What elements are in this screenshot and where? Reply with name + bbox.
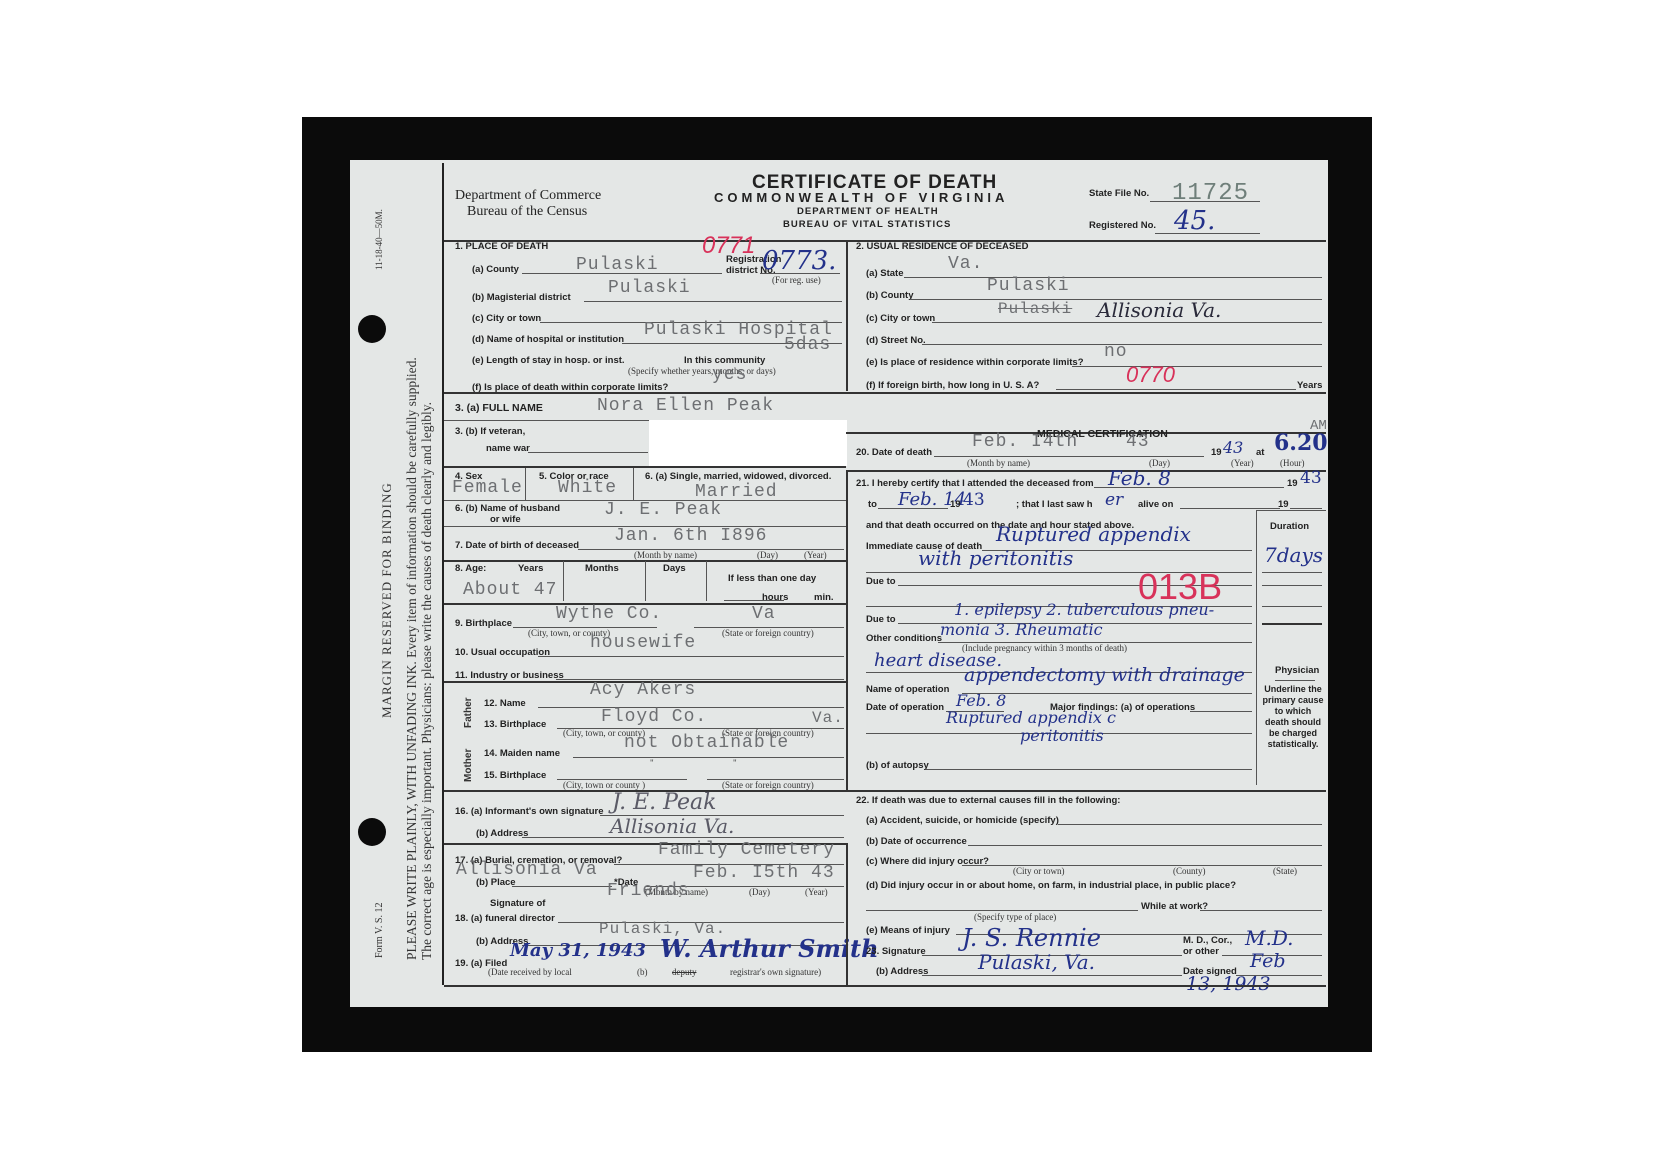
- magisterial-value: Pulaski: [608, 278, 691, 298]
- stay-note: (Specify whether years, months, or days): [628, 366, 776, 376]
- foreign-birth-red-code: 0770: [1126, 362, 1175, 388]
- magisterial-label: (b) Magisterial district: [472, 292, 571, 303]
- years-label: Years: [1297, 380, 1322, 391]
- punch-hole-top: [358, 315, 386, 343]
- res-state-label: (a) State: [866, 268, 903, 279]
- res-city-struck: Pulaski: [998, 300, 1072, 318]
- marital-value: Married: [695, 482, 778, 502]
- punch-hole-bottom: [358, 818, 386, 846]
- res-city-value: Allisonia Va.: [1097, 298, 1221, 322]
- dept-commerce: Department of Commerce: [455, 188, 601, 204]
- filed-date: May 31, 1943: [510, 940, 646, 961]
- binding-note: MARGIN RESERVED FOR BINDING: [379, 482, 395, 718]
- father-name: Acy Akers: [590, 680, 696, 700]
- immediate-cause-2: with peritonitis: [918, 546, 1073, 570]
- state-file-label: State File No.: [1089, 188, 1149, 199]
- redaction-box: [649, 420, 847, 466]
- findings-1: Ruptured appendix c: [946, 708, 1116, 727]
- physician-address: Pulaski, Va.: [978, 950, 1095, 974]
- attended-from: Feb. 8: [1108, 466, 1171, 490]
- duration-label: Duration: [1270, 521, 1309, 532]
- stay-value: 5das: [784, 335, 831, 355]
- county-value: Pulaski: [576, 255, 659, 275]
- mother-maiden-name: not Obtainable: [624, 733, 789, 753]
- for-reg-use-note: (For reg. use): [772, 275, 821, 285]
- informant-address: Allisonia Va.: [610, 814, 734, 838]
- external-causes-heading: 22. If death was due to external causes …: [856, 795, 1120, 806]
- underline-note: Underline the primary cause to which dea…: [1262, 684, 1324, 750]
- length-of-stay-label: (e) Length of stay in hosp. or inst.: [472, 355, 625, 366]
- full-name-value: Nora Ellen Peak: [597, 396, 774, 416]
- foreign-birth-label: (f) If foreign birth, how long in U. S. …: [866, 380, 1039, 391]
- city-label: (c) City or town: [472, 313, 541, 324]
- race-value: White: [558, 478, 617, 498]
- instructions-line-1: PLEASE WRITE PLAINLY, WITH UNFADING INK.…: [404, 357, 420, 960]
- registered-number: 45.: [1174, 206, 1215, 236]
- print-code: 11-18-40—50M.: [374, 209, 384, 270]
- date-signed-1: Feb: [1250, 950, 1286, 972]
- duration-value: 7days: [1264, 543, 1323, 567]
- res-county-label: (b) County: [866, 290, 914, 301]
- disposition-value: Family Cemetery: [658, 840, 835, 860]
- veteran-label: 3. (b) If veteran,: [455, 426, 525, 437]
- birthplace-city: Wythe Co.: [556, 604, 662, 624]
- binding-rule: [442, 163, 444, 985]
- date-signed-2: 13, 1943: [1186, 973, 1271, 995]
- findings-2: peritonitis: [1020, 726, 1104, 745]
- bureau-vital-stats: BUREAU OF VITAL STATISTICS: [783, 219, 951, 230]
- physician-title: M.D.: [1245, 926, 1294, 950]
- hospital-label: (d) Name of hospital or institution: [472, 334, 624, 345]
- res-corporate-label: (e) Is place of residence within corpora…: [866, 357, 1084, 368]
- res-corporate-value: no: [1104, 342, 1128, 362]
- informant-signature: J. E. Peak: [612, 790, 716, 815]
- spouse-value: J. E. Peak: [604, 500, 722, 520]
- sex-value: Female: [452, 478, 523, 498]
- reg-district-value: 0773.: [762, 246, 836, 276]
- dob-value: Jan. 6th I896: [614, 526, 767, 546]
- date-of-death-day: 43: [1126, 432, 1150, 452]
- occupation-value: housewife: [590, 633, 696, 653]
- date-of-death-value: Feb. I4th: [972, 432, 1078, 452]
- res-county-value: Pulaski: [987, 276, 1070, 296]
- age-value: About 47: [463, 580, 557, 600]
- state-file-number: 11725: [1172, 180, 1249, 207]
- father-birthplace-city: Floyd Co.: [601, 707, 707, 727]
- physician-label: Physician: [1275, 665, 1319, 676]
- full-name-label: 3. (a) FULL NAME: [455, 402, 543, 414]
- due-to-2-value: 1. epilepsy 2. tuberculous pneu-: [954, 600, 1214, 619]
- immediate-cause-1: Ruptured appendix: [996, 522, 1191, 546]
- place-of-death-heading: 1. PLACE OF DEATH: [455, 241, 548, 252]
- form-id: Form V. S. 12: [374, 903, 385, 958]
- county-label: (a) County: [472, 264, 519, 275]
- commonwealth-title: COMMONWEALTH OF VIRGINIA: [714, 190, 1008, 205]
- physician-signature: J. S. Rennie: [962, 924, 1101, 952]
- department-health: DEPARTMENT OF HEALTH: [797, 206, 939, 217]
- res-street-label: (d) Street No.: [866, 335, 926, 346]
- res-city-label: (c) City or town: [866, 313, 935, 324]
- corporate-limits-value: yes: [712, 365, 747, 385]
- registered-label: Registered No.: [1089, 220, 1156, 231]
- other-conditions-1: monia 3. Rheumatic: [940, 620, 1103, 639]
- date-of-death-label: 20. Date of death: [856, 447, 932, 458]
- instructions-line-2: The correct age is especially important.…: [419, 402, 435, 960]
- birthplace-state: Va: [752, 604, 776, 624]
- bureau-census: Bureau of the Census: [467, 204, 587, 220]
- burial-date: Feb. I5th 43: [693, 863, 835, 883]
- father-birthplace-state: Va.: [812, 709, 844, 727]
- name-war-label: name war: [486, 443, 530, 454]
- death-year: 43: [1223, 438, 1243, 457]
- res-state-value: Va.: [948, 254, 983, 274]
- funeral-director: Friends: [607, 881, 690, 901]
- residence-heading: 2. USUAL RESIDENCE OF DECEASED: [856, 241, 1028, 252]
- operation-value: appendectomy with drainage: [964, 664, 1245, 686]
